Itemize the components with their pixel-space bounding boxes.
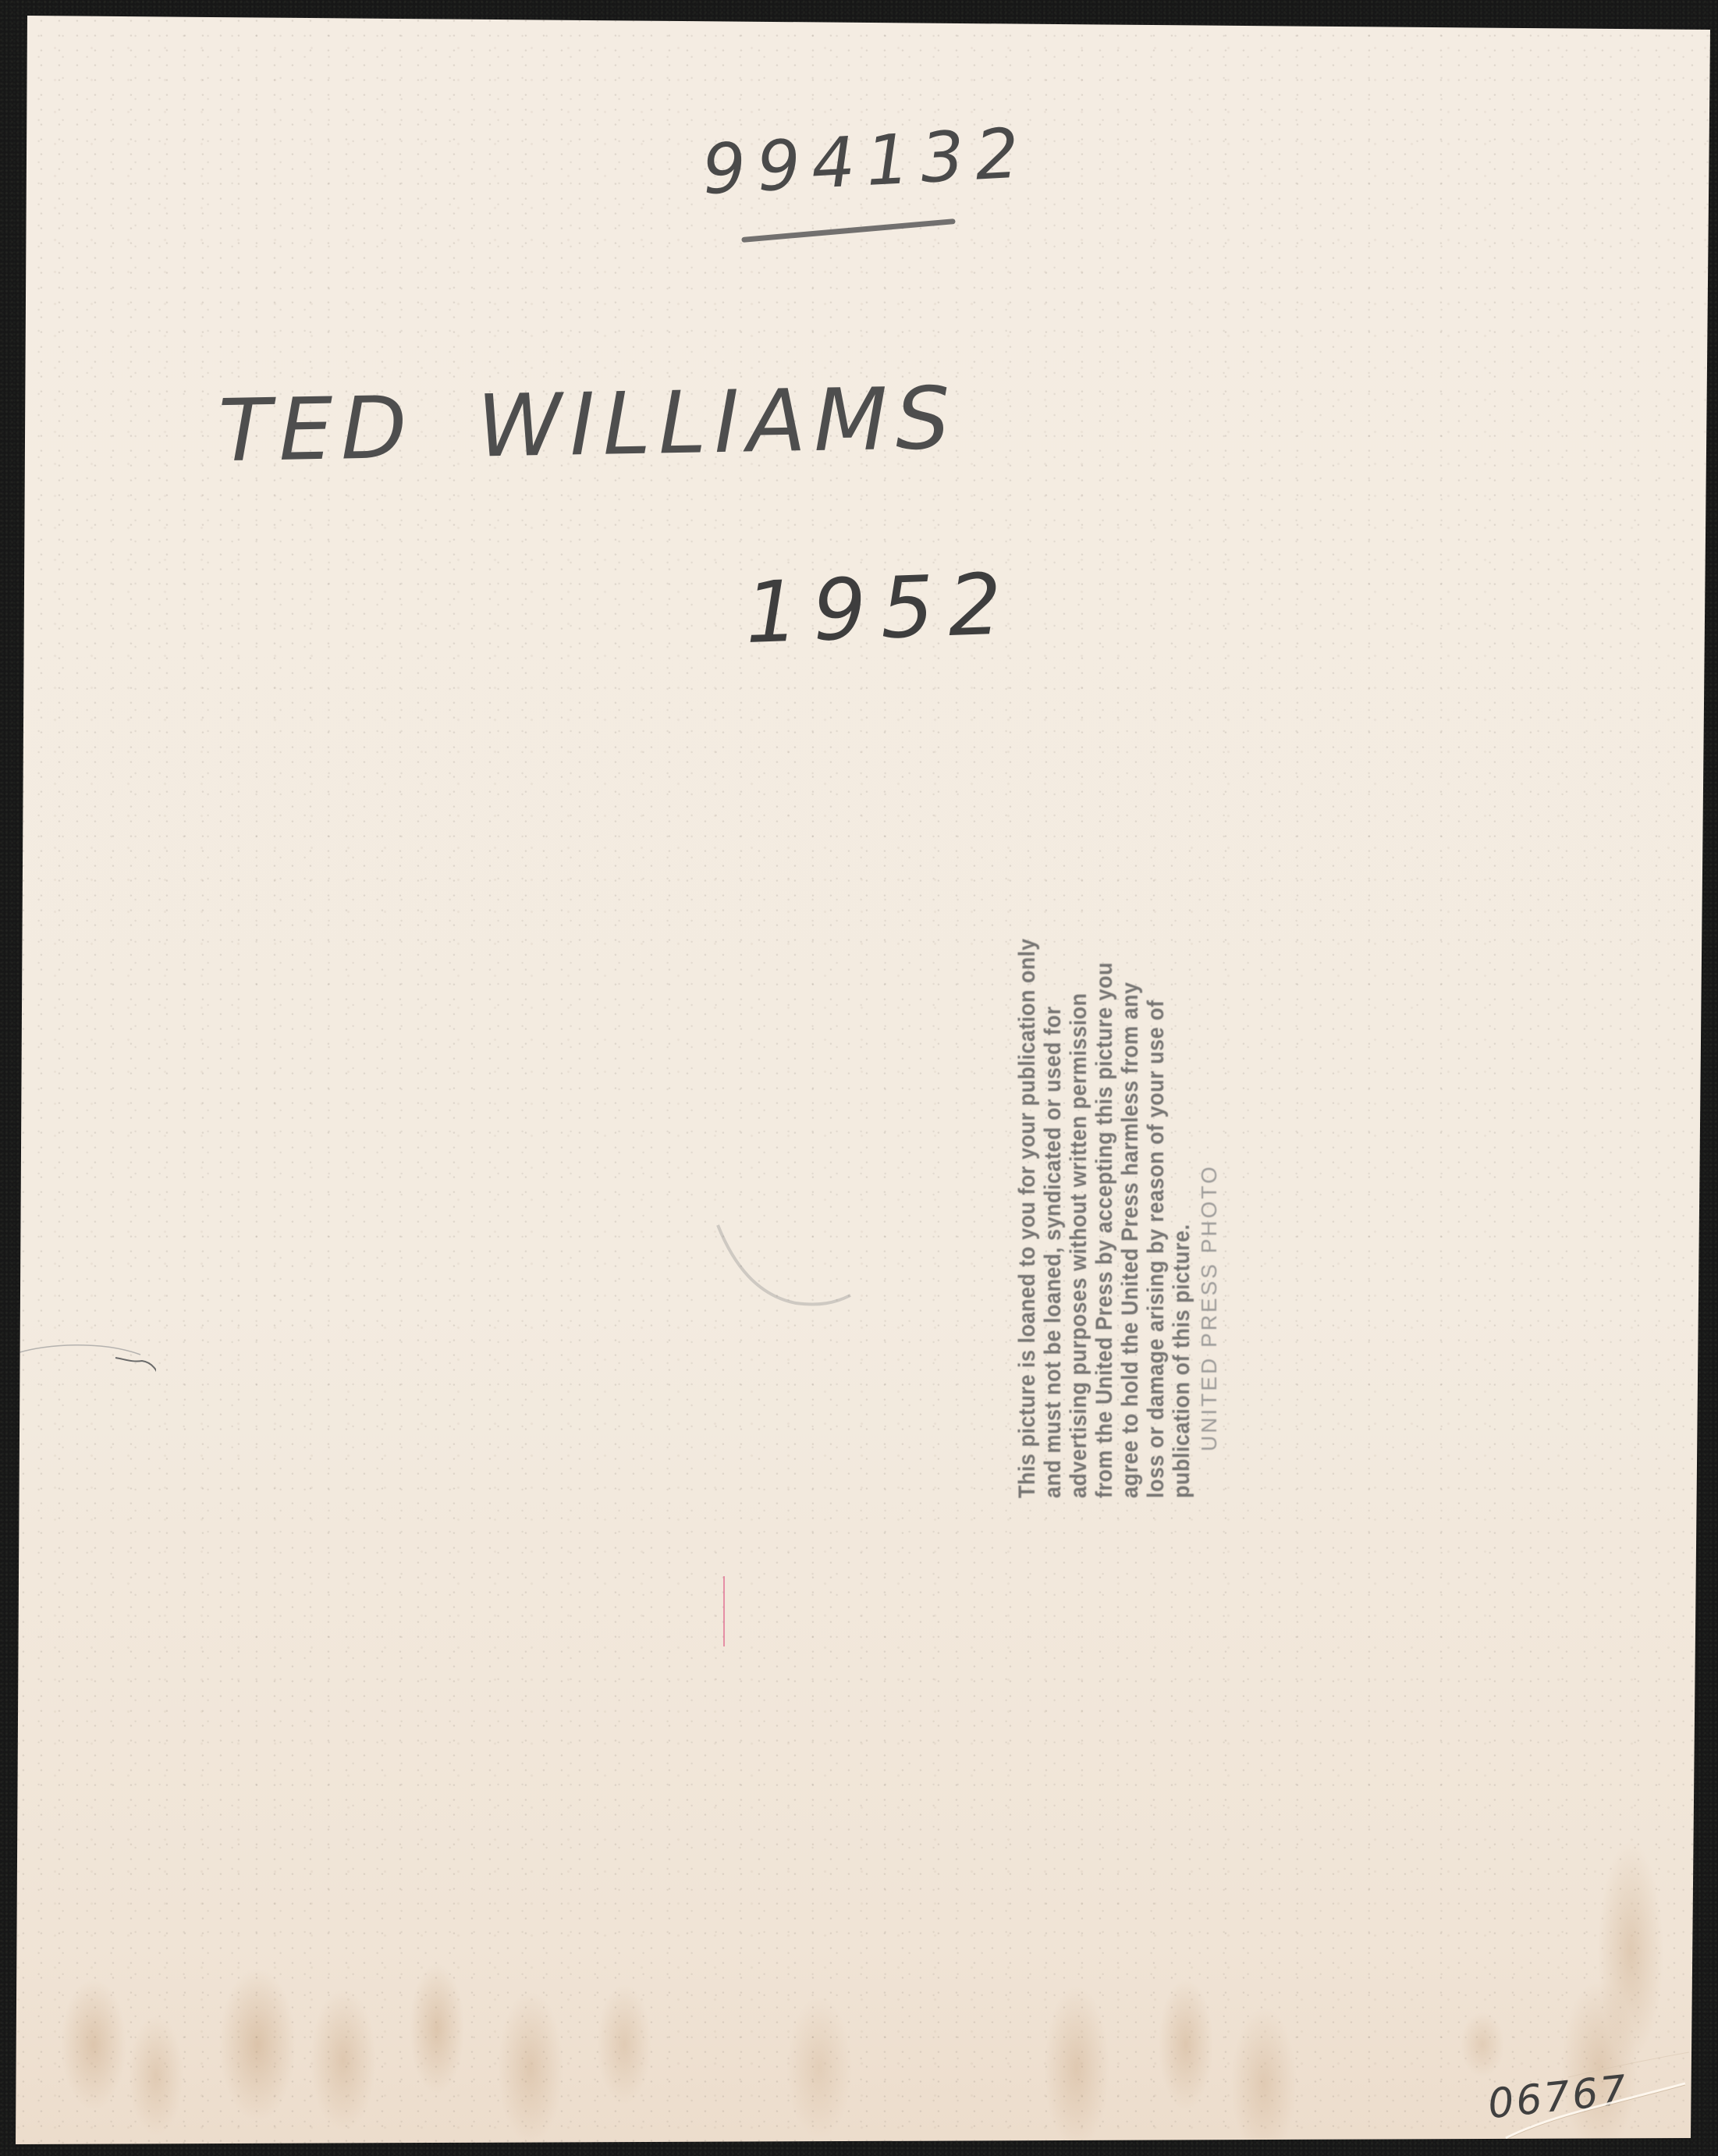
stamp-line: and must not be loaned, syndicated or us… bbox=[1038, 936, 1067, 1498]
subject-name: TEDWILLIAMS bbox=[218, 368, 959, 481]
photo-year: 1952 bbox=[744, 556, 1017, 662]
stamp-line: advertising purposes without written per… bbox=[1064, 936, 1092, 1498]
stamp-credit: UNITED PRESS PHOTO bbox=[1196, 936, 1222, 1498]
united-press-stamp: This picture is loaned to you for your p… bbox=[1014, 936, 1241, 1498]
stamp-line: This picture is loaned to you for your p… bbox=[1013, 936, 1041, 1498]
archive-number: 994132 bbox=[701, 112, 1032, 210]
subject-last-name: WILLIAMS bbox=[476, 368, 958, 477]
inventory-number: 06767 bbox=[1486, 2067, 1631, 2129]
archive-number-underline bbox=[741, 218, 956, 243]
stamp-line: agree to hold the United Press harmless … bbox=[1116, 936, 1144, 1498]
stamp-line: loss or damage arising by reason of your… bbox=[1141, 936, 1170, 1498]
stamp-line: from the United Press by accepting this … bbox=[1090, 936, 1118, 1498]
stamp-line: publication of this picture. bbox=[1167, 936, 1195, 1498]
pencil-squiggle-mark bbox=[16, 1327, 156, 1381]
photo-verso-paper: 994132 TEDWILLIAMS 1952 This picture is … bbox=[0, 0, 1718, 2156]
smudge-arc-mark bbox=[702, 1217, 874, 1327]
subject-first-name: TED bbox=[218, 378, 416, 481]
pink-pencil-mark bbox=[723, 1576, 725, 1646]
